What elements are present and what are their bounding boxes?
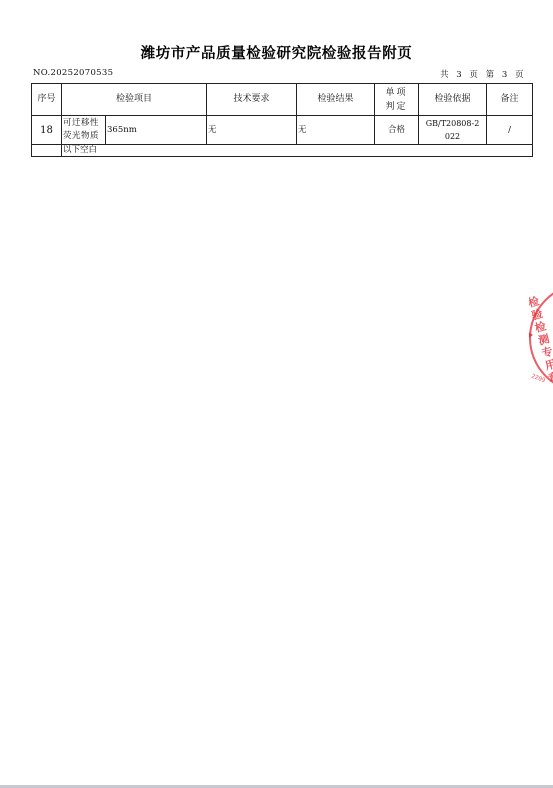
header-item: 检验项目 [62,84,207,116]
cell-result: 无 [297,116,375,145]
cell-basis: GB/T20808-2022 [419,116,487,145]
cell-remark: / [487,116,533,145]
report-title: 潍坊市产品质量检验研究院检验报告附页 [0,42,553,63]
page-current-prefix: 第 [486,70,496,80]
cell-item-text: 可迁移性荧光物质 [63,117,105,143]
page-current: 3 [502,70,509,80]
cell-requirement: 无 [207,116,297,145]
table-header-row: 序号 检验项目 技术要求 检验结果 单项判定 检验依据 备注 [32,84,533,116]
header-basis: 检验依据 [419,84,487,116]
table-row: 18 可迁移性荧光物质 365nm 无 无 合格 GB/T20808-2022 … [32,116,533,145]
page-total: 3 [456,70,463,80]
inspection-table: 序号 检验项目 技术要求 检验结果 单项判定 检验依据 备注 18 可迁移性荧光… [31,83,533,157]
table-end-row: 以下空白 [32,145,533,157]
header-requirement: 技术要求 [207,84,297,116]
cell-judgement: 合格 [375,116,419,145]
cell-sub-item: 365nm [106,116,207,145]
header-remark: 备注 [487,84,533,116]
cell-item: 可迁移性荧光物质 [62,116,106,145]
cell-seq: 18 [32,116,62,145]
page-info: 共 3 页 第 3 页 [439,68,526,80]
official-seal: 检验检测专用章 2209 [529,283,553,395]
page-unit: 页 [515,70,525,80]
cell-basis-text: GB/T20808-2022 [424,117,482,143]
page-total-prefix: 共 [440,70,450,80]
report-number: NO.20252070535 [33,68,113,78]
cell-empty [32,145,62,157]
end-note: 以下空白 [62,145,533,157]
header-judgement-text: 单项判定 [386,86,408,114]
page-unit: 页 [469,70,479,80]
header-seq: 序号 [32,84,62,116]
header-result: 检验结果 [297,84,375,116]
header-judgement: 单项判定 [375,84,419,116]
